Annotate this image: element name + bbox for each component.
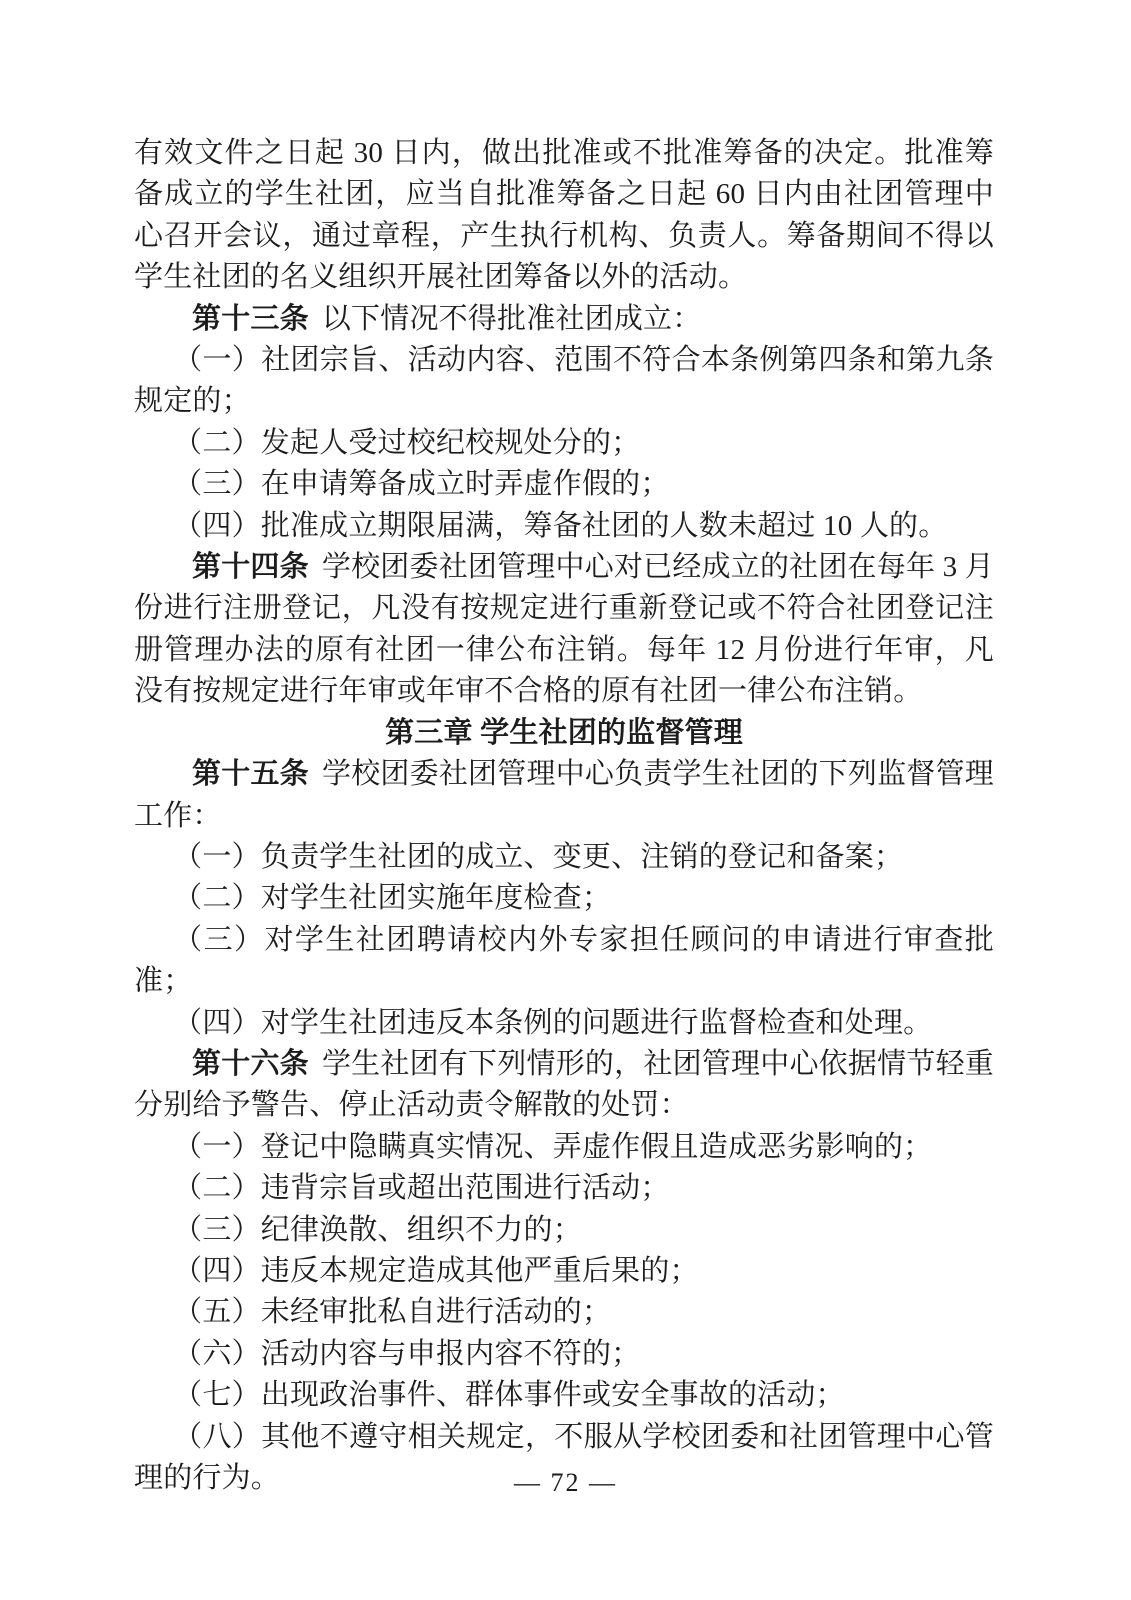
article-paragraph: 第十三条以下情况不得批准社团成立： [134, 299, 994, 340]
list-item-paragraph: （二）违背宗旨或超出范围进行活动； [134, 1168, 994, 1209]
list-item-paragraph: （二）对学生社团实施年度检查； [134, 878, 994, 919]
document-page: 有效文件之日起 30 日内，做出批准或不批准筹备的决定。批准筹备成立的学生社团，… [0, 0, 1131, 1600]
page-footer: — 72 — [0, 1468, 1131, 1498]
list-item-paragraph: （四）违反本规定造成其他严重后果的； [134, 1251, 994, 1292]
article-number: 第十三条 [192, 303, 309, 335]
article-number: 第十四条 [192, 551, 309, 583]
list-item-paragraph: （二）发起人受过校纪校规处分的； [134, 423, 994, 464]
list-item-paragraph: （三）对学生社团聘请校内外专家担任顾问的申请进行审查批准； [134, 920, 994, 1003]
page-number: — 72 — [514, 1468, 617, 1497]
list-item-paragraph: （三）纪律涣散、组织不力的； [134, 1210, 994, 1251]
list-item-paragraph: （六）活动内容与申报内容不符的； [134, 1334, 994, 1375]
list-item-paragraph: （一）社团宗旨、活动内容、范围不符合本条例第四条和第九条规定的； [134, 340, 994, 423]
chapter-heading: 第三章 学生社团的监督管理 [134, 713, 994, 754]
article-paragraph: 第十五条学校团委社团管理中心负责学生社团的下列监督管理工作： [134, 754, 994, 837]
list-item-paragraph: （四）对学生社团违反本条例的问题进行监督检查和处理。 [134, 1003, 994, 1044]
list-item-paragraph: （五）未经审批私自进行活动的； [134, 1292, 994, 1333]
list-item-paragraph: （七）出现政治事件、群体事件或安全事故的活动； [134, 1375, 994, 1416]
document-body: 有效文件之日起 30 日内，做出批准或不批准筹备的决定。批准筹备成立的学生社团，… [134, 133, 994, 1499]
body-paragraph: 有效文件之日起 30 日内，做出批准或不批准筹备的决定。批准筹备成立的学生社团，… [134, 133, 994, 299]
list-item-paragraph: （三）在申请筹备成立时弄虚作假的； [134, 464, 994, 505]
list-item-paragraph: （四）批准成立期限届满，筹备社团的人数未超过 10 人的。 [134, 506, 994, 547]
article-number: 第十六条 [192, 1048, 309, 1080]
list-item-paragraph: （一）登记中隐瞒真实情况、弄虚作假且造成恶劣影响的； [134, 1127, 994, 1168]
article-paragraph: 第十六条学生社团有下列情形的，社团管理中心依据情节轻重分别给予警告、停止活动责令… [134, 1044, 994, 1127]
list-item-paragraph: （一）负责学生社团的成立、变更、注销的登记和备案； [134, 837, 994, 878]
article-paragraph: 第十四条学校团委社团管理中心对已经成立的社团在每年 3 月份进行注册登记，凡没有… [134, 547, 994, 713]
article-number: 第十五条 [192, 758, 309, 790]
